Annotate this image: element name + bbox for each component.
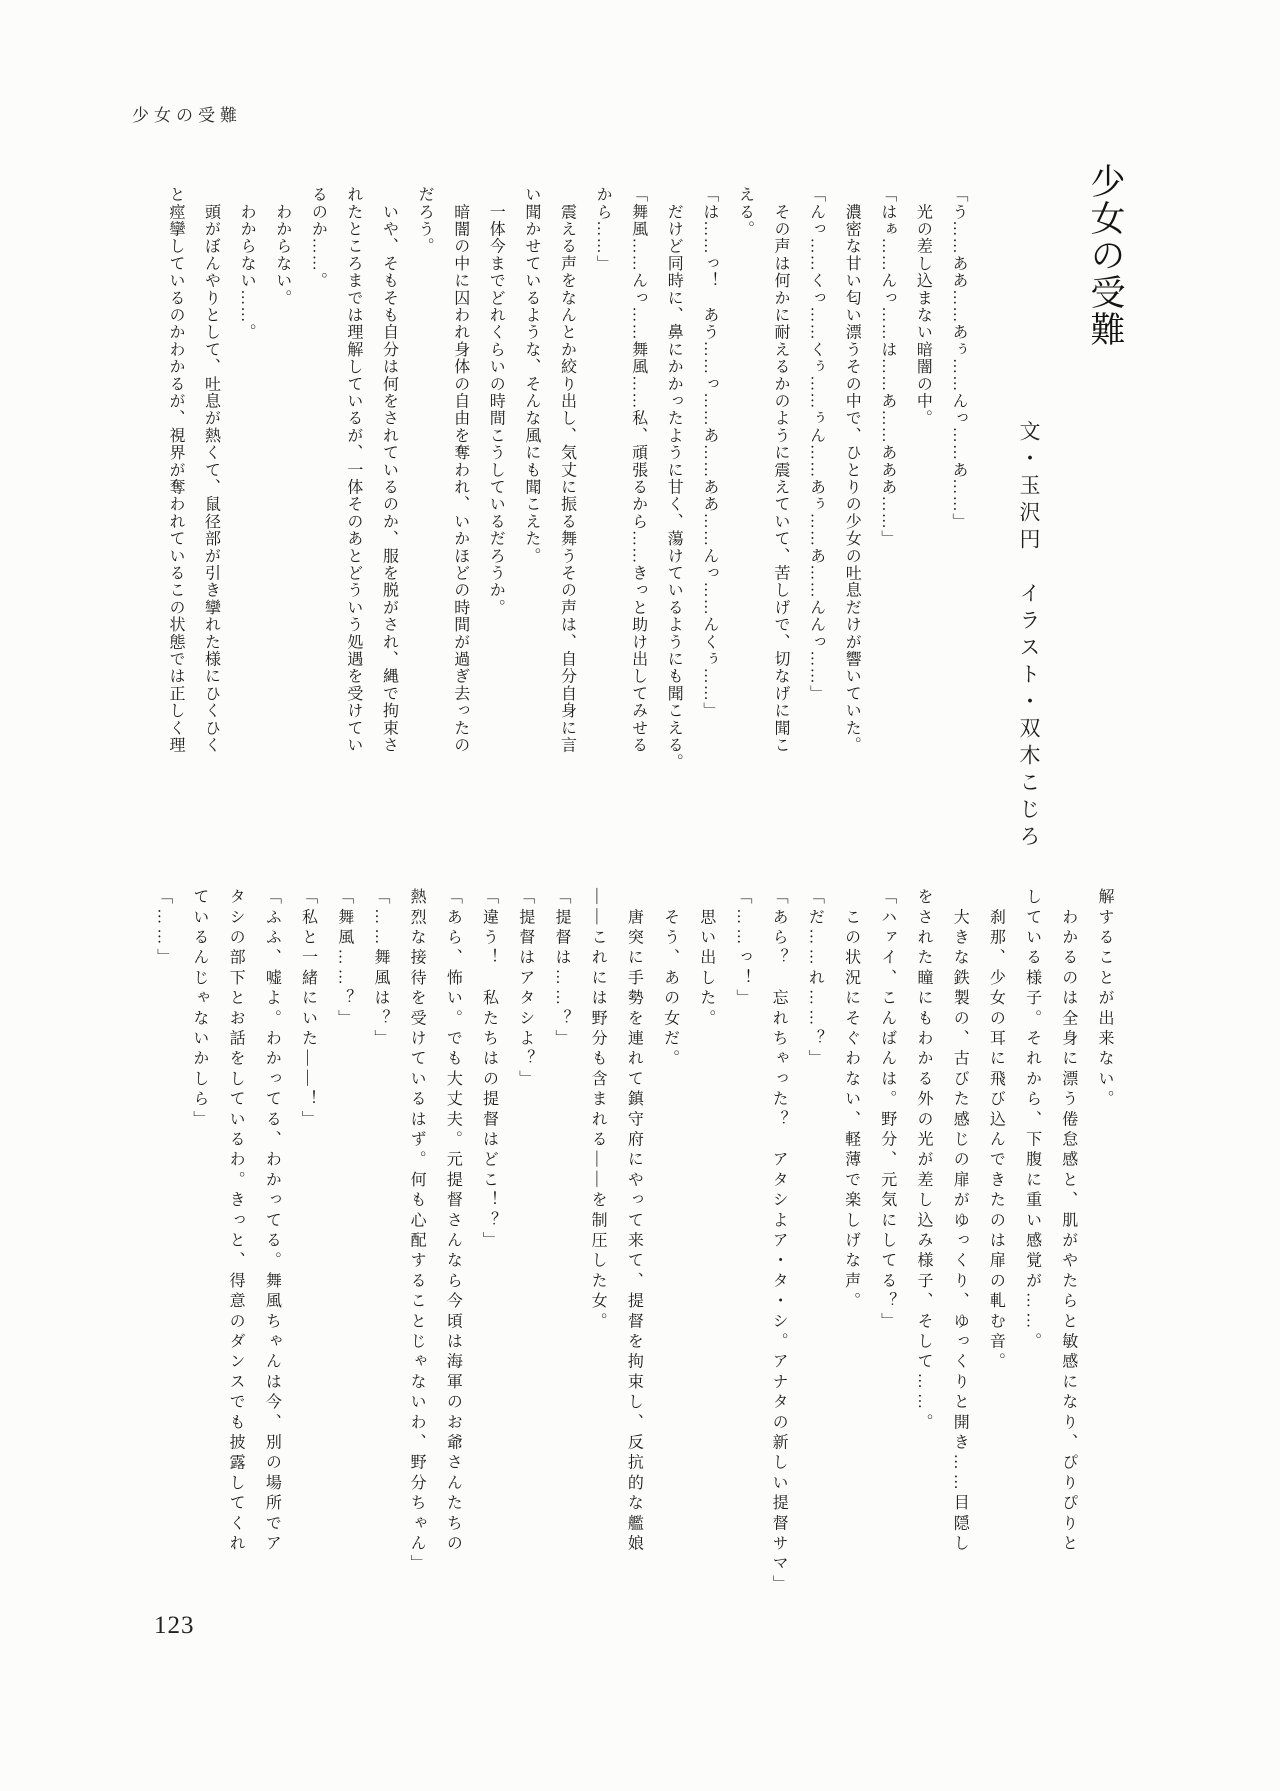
text-column: 「私と一緒にいた――！」 — [289, 888, 325, 1628]
text-column: タシの部下とお話をしているわ。きっと、得意のダンスでも披露してくれ — [217, 888, 253, 1628]
text-column: 「あら、怖い。でも大丈夫。元提督さんなら今頃は海軍のお爺さんたちの — [434, 888, 470, 1628]
text-column: をされた瞳にもわかる外の光が差し込み様子、そして……。 — [905, 888, 941, 1628]
text-column: れたところまでは理解しているが、一体そのあとどういう処遇を受けてい — [335, 186, 371, 776]
text-column: 大きな鉄製の、古びた感じの扉がゆっくり、ゆっくりと開き……目隠し — [941, 888, 977, 1628]
text-column: そう、あの女だ。 — [651, 888, 687, 1628]
text-column: 「提督は……？」 — [543, 888, 579, 1628]
text-column: 一体今までどれくらいの時間こうしているだろうか。 — [478, 186, 514, 776]
page-number: 123 — [154, 1612, 195, 1640]
text-column: るのか……。 — [300, 186, 336, 776]
author-credits: 文・玉沢円 イラスト・双木こじろ — [1014, 420, 1044, 852]
text-column: 熱烈な接待を受けているはず。何も心配することじゃないわ、野分ちゃん」 — [398, 888, 434, 1628]
text-column: いや、そもそも自分は何をされているのか、服を脱がされ、縄で拘束さ — [371, 186, 407, 776]
text-column: 「う……ああ……あぅ……んっ……あ……」 — [940, 186, 976, 776]
text-column: だろう。 — [407, 186, 443, 776]
text-column: ――これには野分も含まれる――を制圧した女。 — [579, 888, 615, 1628]
text-column: 刹那、少女の耳に飛び込んできたのは扉の軋む音。 — [977, 888, 1013, 1628]
text-column: 「ふふ、嘘よ。わかってる、わかってる。舞風ちゃんは今、別の場所でア — [253, 888, 289, 1628]
text-column: わからない……。 — [229, 186, 265, 776]
text-column: から……」 — [584, 186, 620, 776]
text-column: 「違う！ 私たちはの提督はどこ！？」 — [470, 888, 506, 1628]
text-block-top: 「う……ああ……あぅ……んっ……あ……」 光の差し込まない暗闇の中。 「はぁ……… — [157, 186, 976, 776]
text-column: 頭がぼんやりとして、吐息が熱くて、鼠径部が引き攣れた様にひくひく — [193, 186, 229, 776]
text-column: 「は……っ！ あう……っ……あ……ああ……んっ……んくぅ……」 — [691, 186, 727, 776]
text-column: 「んっ……くっ……くぅ……ぅん……あぅ……あ……んんっ……」 — [798, 186, 834, 776]
text-column: 濃密な甘い匂い漂うその中で、ひとりの少女の吐息だけが響いていた。 — [834, 186, 870, 776]
text-column: 「あら？ 忘れちゃった？ アタシよア・タ・シ。アナタの新しい提督サマ」 — [760, 888, 796, 1628]
text-column: 「提督はアタシよ？」 — [507, 888, 543, 1628]
text-column: 光の差し込まない暗闇の中。 — [905, 186, 941, 776]
text-column: 唐突に手勢を連れて鎮守府にやって来て、提督を拘束し、反抗的な艦娘 — [615, 888, 651, 1628]
text-column: 「……っ！」 — [724, 888, 760, 1628]
text-column: と痙攣しているのかわかるが、視界が奪われているこの状態では正しく理 — [157, 186, 193, 776]
text-column: している様子。それから、下腹に重い感覚が……。 — [1013, 888, 1049, 1628]
text-column: 「ハァイ、こんばんは。野分、元気にしてる？」 — [869, 888, 905, 1628]
running-header: 少女の受難 — [132, 101, 242, 126]
text-column: 震える声をなんとか絞り出し、気丈に振る舞うその声は、自分自身に言 — [549, 186, 585, 776]
text-column: 「だ……れ……？」 — [796, 888, 832, 1628]
text-column: ているんじゃないかしら」 — [181, 888, 217, 1628]
text-column: 暗闇の中に囚われ身体の自由を奪われ、いかほどの時間が過ぎ去ったの — [442, 186, 478, 776]
text-column: だけど同時に、鼻にかかったように甘く、蕩けているようにも聞こえる。 — [656, 186, 692, 776]
text-column: 解することが出来ない。 — [1086, 888, 1122, 1628]
text-block-bottom: 解することが出来ない。 わかるのは全身に漂う倦怠感と、肌がやたらと敏感になり、ぴ… — [145, 888, 1122, 1628]
text-column: える。 — [727, 186, 763, 776]
text-column: その声は何かに耐えるかのように震えていて、苦しげで、切なげに聞こ — [762, 186, 798, 776]
text-column: い聞かせているような、そんな風にも聞こえた。 — [513, 186, 549, 776]
text-column: 「……舞風は？」 — [362, 888, 398, 1628]
text-column: 「はぁ……んっ……は……あ……あああ……」 — [869, 186, 905, 776]
text-column: この状況にそぐわない、軽薄で楽しげな声。 — [832, 888, 868, 1628]
text-column: 思い出した。 — [688, 888, 724, 1628]
text-column: 「舞風……？」 — [326, 888, 362, 1628]
text-column: 「……」 — [145, 888, 181, 1628]
text-column: 「舞風……んっ……舞風……私、頑張るから……きっと助け出してみせる — [620, 186, 656, 776]
text-column: わからない。 — [264, 186, 300, 776]
page-title: 少女の受難 — [1080, 163, 1130, 348]
text-column: わかるのは全身に漂う倦怠感と、肌がやたらと敏感になり、ぴりぴりと — [1050, 888, 1086, 1628]
